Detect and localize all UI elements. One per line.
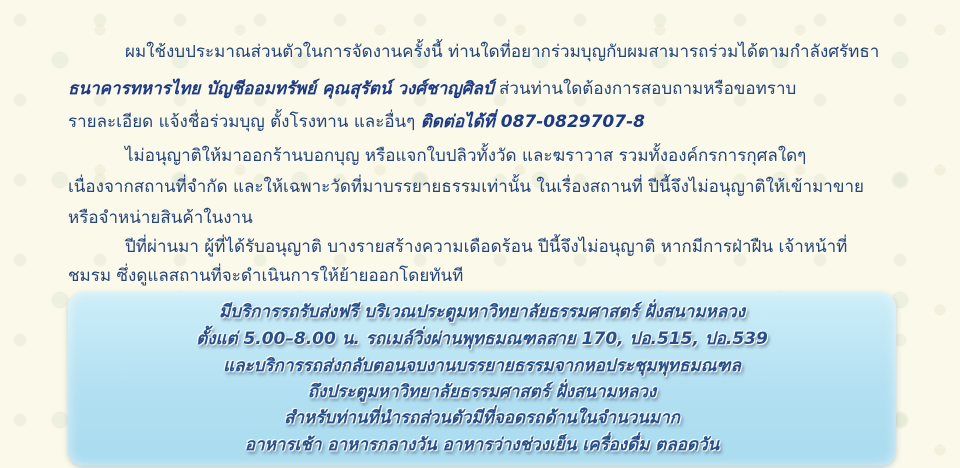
box-line-3: และบริการรถส่งกลับตอนจบงานบรรยายธรรมจากห… [68, 354, 896, 378]
box-line-1: มีบริการรถรับส่งฟรี บริเวณประตูมหาวิทยาล… [68, 300, 896, 324]
shuttle-info-box: มีบริการรถรับส่งฟรี บริเวณประตูมหาวิทยาล… [68, 292, 896, 466]
box-line-6: อาหารเช้า อาหารกลางวัน อาหารว่างช่วงเย็น… [68, 433, 896, 457]
para1-line2-rest: ส่วนท่านใดต้องการสอบถามหรือขอทราบ [494, 79, 797, 99]
para2-line2: เนื่องจากสถานที่จำกัด และให้เฉพาะวัดที่ม… [68, 175, 864, 199]
box-line-5: สำหรับท่านที่นำรถส่วนตัวมีที่จอดรถด้านใน… [68, 406, 896, 430]
para1-line2: ธนาคารทหารไทย บัญชีออมทรัพย์ คุณสุรัตน์ … [68, 77, 796, 101]
bank-account-info: ธนาคารทหารไทย บัญชีออมทรัพย์ คุณสุรัตน์ … [68, 79, 494, 99]
contact-phone: ติดต่อได้ที่ 087-0829707-8 [421, 112, 645, 132]
para1-line1: ผมใช้งบประมาณส่วนตัวในการจัดงานครั้งนี้ … [125, 40, 879, 64]
para1-line3: รายละเอียด แจ้งชื่อร่วมบุญ ตั้งโรงทาน แล… [68, 110, 645, 134]
para2-line1: ไม่อนุญาติให้มาออกร้านบอกบุญ หรือแจกใบปล… [125, 144, 806, 168]
para2-line3: หรือจำหน่ายสินค้าในงาน [68, 206, 253, 230]
box-line-4: ถึงประตูมหาวิทยาลัยธรรมศาสตร์ ฝั่งสนามหล… [68, 380, 896, 404]
para3-line2: ชมรม ซึ่งดูแลสถานที่จะดำเนินการให้ย้ายออ… [68, 264, 463, 288]
para3-line1: ปีที่ผ่านมา ผู้ที่ได้รับอนุญาติ บางรายสร… [125, 235, 847, 259]
box-line-2: ตั้งแต่ 5.00–8.00 น. รถเมล์วิ่งผ่านพุทธม… [68, 327, 896, 351]
para1-line3-text: รายละเอียด แจ้งชื่อร่วมบุญ ตั้งโรงทาน แล… [68, 112, 421, 132]
